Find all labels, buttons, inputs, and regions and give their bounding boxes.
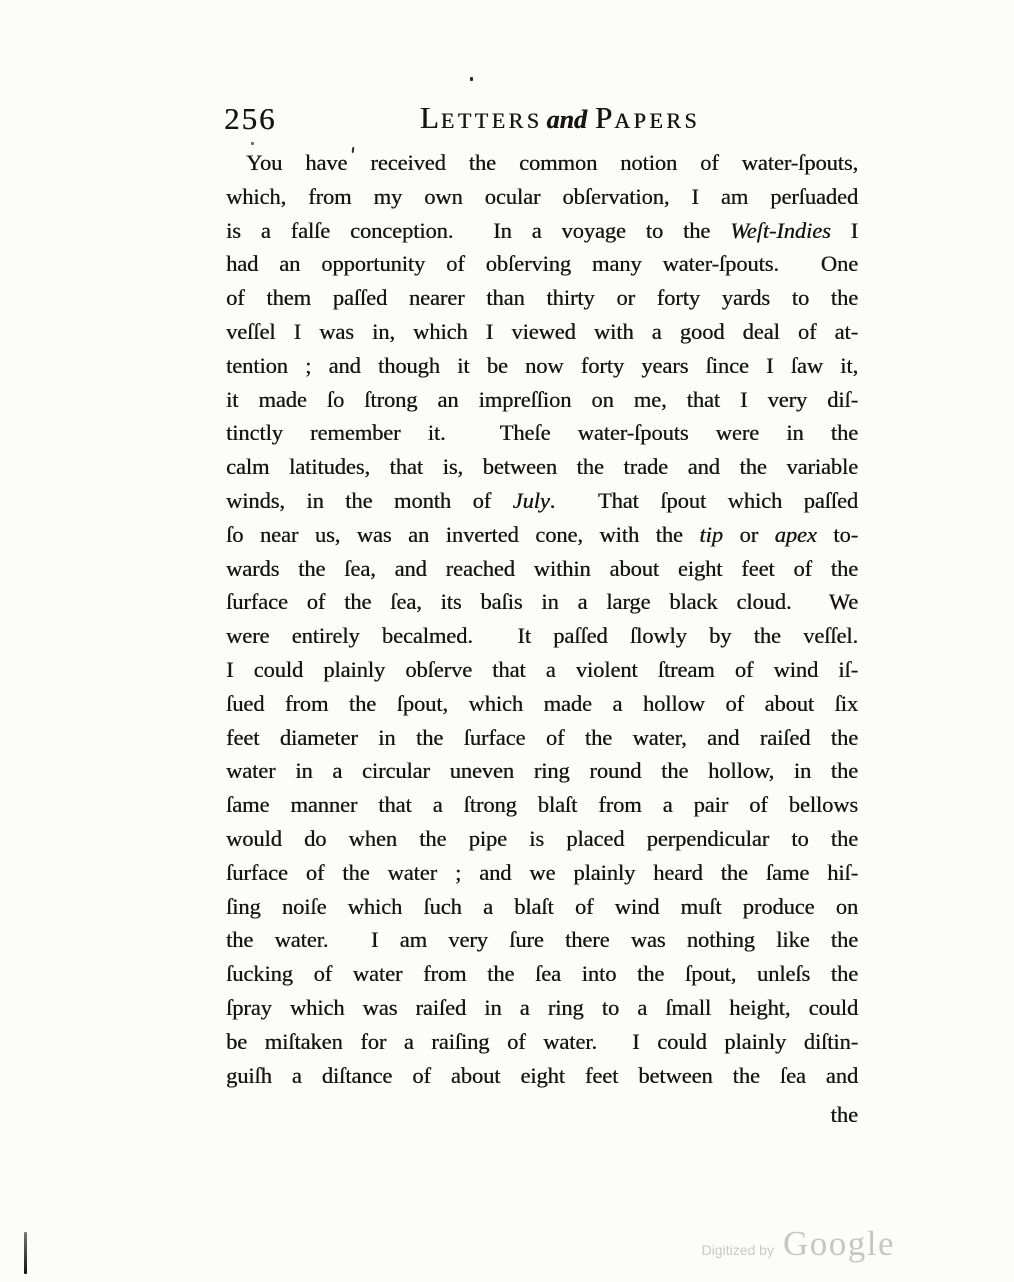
- text-line: were entirely becalmed. It paſſed ſlowly…: [226, 619, 858, 653]
- italic-text: apex: [775, 522, 817, 547]
- text-segment: ſing noiſe which ſuch a blaſt of wind mu…: [226, 894, 858, 919]
- text-line: tention ; and though it be now forty yea…: [226, 349, 858, 383]
- italic-text: July: [513, 488, 550, 513]
- page-number: 256: [224, 101, 277, 137]
- book-page: 256 LETTERSandPAPERS You have received t…: [0, 0, 1014, 1282]
- text-segment: winds, in the month of: [226, 488, 513, 513]
- text-segment: water in a circular uneven ring round th…: [226, 758, 858, 783]
- text-segment: tinctly remember it. Theſe water-ſpouts …: [226, 420, 858, 445]
- text-segment: ſurface of the ſea, its baſis in a large…: [226, 589, 858, 614]
- running-title-smallcaps: APERS: [614, 108, 700, 133]
- text-segment: ſo near us, was an inverted cone, with t…: [226, 522, 699, 547]
- running-title: LETTERSandPAPERS: [300, 100, 820, 136]
- text-segment: is a falſe conception. In a voyage to th…: [226, 218, 730, 243]
- text-line: I could plainly obſerve that a violent ſ…: [226, 653, 858, 687]
- running-title-initial: P: [595, 100, 614, 135]
- text-segment: . That ſpout which paſſed: [550, 488, 858, 513]
- italic-text: Weſt-Indies: [730, 218, 831, 243]
- text-segment: guiſh a diſtance of about eight feet bet…: [226, 1063, 858, 1088]
- text-segment: You have received the common notion of w…: [246, 150, 858, 175]
- text-line: of them paſſed nearer than thirty or for…: [226, 281, 858, 315]
- text-line: ſame manner that a ſtrong blaſt from a p…: [226, 788, 858, 822]
- text-line: calm latitudes, that is, between the tra…: [226, 450, 858, 484]
- text-segment: of them paſſed nearer than thirty or for…: [226, 285, 858, 310]
- text-segment: feet diameter in the ſurface of the wate…: [226, 725, 858, 750]
- text-segment: I could plainly obſerve that a violent ſ…: [226, 657, 858, 682]
- text-segment: wards the ſea, and reached within about …: [226, 556, 858, 581]
- text-line: the water. I am very ſure there was noth…: [226, 923, 858, 957]
- text-segment: ſpray which was raiſed in a ring to a ſm…: [226, 995, 858, 1020]
- text-line: ſucking of water from the ſea into the ſ…: [226, 957, 858, 991]
- text-line: be miſtaken for a raiſing of water. I co…: [226, 1025, 858, 1059]
- text-line: guiſh a diſtance of about eight feet bet…: [226, 1059, 858, 1093]
- text-line: water in a circular uneven ring round th…: [226, 754, 858, 788]
- catchword: the: [226, 1098, 858, 1132]
- text-line: You have received the common notion of w…: [226, 146, 858, 180]
- text-segment: calm latitudes, that is, between the tra…: [226, 454, 858, 479]
- text-segment: ſued from the ſpout, which made a hollow…: [226, 691, 858, 716]
- text-line: it made ſo ſtrong an impreſſion on me, t…: [226, 383, 858, 417]
- italic-text: tip: [699, 522, 722, 547]
- running-title-initial: L: [420, 100, 441, 135]
- scan-artifact-line: [24, 1232, 27, 1274]
- running-title-smallcaps: ETTERS: [441, 108, 543, 133]
- text-segment: were entirely becalmed. It paſſed ſlowly…: [226, 623, 858, 648]
- text-segment: it made ſo ſtrong an impreſſion on me, t…: [226, 387, 858, 412]
- text-segment: had an opportunity of obſerving many wat…: [226, 251, 858, 276]
- text-segment: which, from my own ocular obſervation, I…: [226, 184, 858, 209]
- text-segment: would do when the pipe is placed perpend…: [226, 826, 858, 851]
- text-segment: veſſel I was in, which I viewed with a g…: [226, 319, 858, 344]
- text-segment: to-: [817, 522, 858, 547]
- text-line: feet diameter in the ſurface of the wate…: [226, 721, 858, 755]
- text-line: ſurface of the ſea, its baſis in a large…: [226, 585, 858, 619]
- text-line: ſurface of the water ; and we plainly he…: [226, 856, 858, 890]
- body-lines: You have received the common notion of w…: [226, 146, 858, 1092]
- text-line: veſſel I was in, which I viewed with a g…: [226, 315, 858, 349]
- digitized-by-label: Digitized by: [702, 1242, 774, 1258]
- scan-speck: [251, 142, 254, 145]
- text-segment: the water. I am very ſure there was noth…: [226, 927, 858, 952]
- running-title-conjunction: and: [546, 105, 586, 134]
- text-segment: be miſtaken for a raiſing of water. I co…: [226, 1029, 858, 1054]
- text-line: wards the ſea, and reached within about …: [226, 552, 858, 586]
- text-segment: I: [831, 218, 858, 243]
- text-line: winds, in the month of July. That ſpout …: [226, 484, 858, 518]
- text-line: is a falſe conception. In a voyage to th…: [226, 214, 858, 248]
- text-segment: tention ; and though it be now forty yea…: [226, 353, 858, 378]
- scan-speck: [470, 77, 473, 81]
- text-segment: ſame manner that a ſtrong blaſt from a p…: [226, 792, 858, 817]
- text-segment: ſurface of the water ; and we plainly he…: [226, 860, 858, 885]
- text-line: ſued from the ſpout, which made a hollow…: [226, 687, 858, 721]
- google-logo: Google: [783, 1224, 895, 1264]
- text-segment: or: [723, 522, 775, 547]
- text-line: tinctly remember it. Theſe water-ſpouts …: [226, 416, 858, 450]
- text-line: which, from my own ocular obſervation, I…: [226, 180, 858, 214]
- text-line: ſpray which was raiſed in a ring to a ſm…: [226, 991, 858, 1025]
- text-line: ſing noiſe which ſuch a blaſt of wind mu…: [226, 890, 858, 924]
- text-segment: ſucking of water from the ſea into the ſ…: [226, 961, 858, 986]
- text-line: would do when the pipe is placed perpend…: [226, 822, 858, 856]
- text-line: ſo near us, was an inverted cone, with t…: [226, 518, 858, 552]
- text-line: had an opportunity of obſerving many wat…: [226, 247, 858, 281]
- watermark: Digitized by Google: [702, 1224, 895, 1264]
